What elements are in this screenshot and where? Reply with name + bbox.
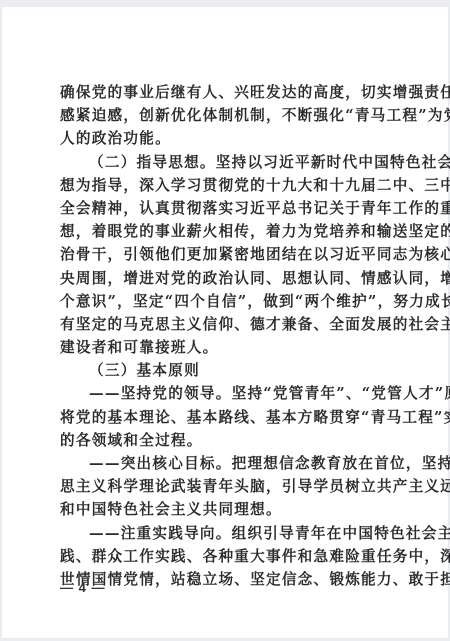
page-number: — 4 — bbox=[60, 580, 105, 595]
text-line: 将党的基本理论、基本路线、基本方略贯穿“青马工程”实施 bbox=[60, 406, 394, 429]
text-line: 建设者和可靠接班人。 bbox=[60, 336, 394, 359]
text-line: 治骨干，引领他们更加紧密地团结在以习近平同志为核心的党中 bbox=[60, 243, 394, 266]
text-line: 和中国特色社会主义共同理想。 bbox=[60, 498, 394, 521]
text-line: 践、群众工作实践、各种重大事件和急难险重任务中，深入了解 bbox=[60, 545, 394, 568]
text-line: 世情国情党情，站稳立场、坚定信念、锻炼能力、敢于担当，充 bbox=[60, 568, 394, 591]
text-line: 个意识”，坚定“四个自信”，做到“两个维护”，努力成长为具 bbox=[60, 290, 394, 313]
section-heading-guiding-thought: （二）指导思想。坚持以习近平新时代中国特色社会主义思 bbox=[60, 151, 394, 174]
text-line: 全会精神，认真贯彻落实习近平总书记关于青年工作的重要思 bbox=[60, 197, 394, 220]
principle-practice-orientation: ——注重实践导向。组织引导青年在中国特色社会主义实 bbox=[60, 522, 394, 545]
text-line: 人的政治功能。 bbox=[60, 127, 394, 150]
text-line: 想为指导，深入学习贯彻党的十九大和十九届二中、三中、四中 bbox=[60, 174, 394, 197]
page-body-text: 确保党的事业后继有人、兴旺发达的高度，切实增强责任感使命 感紧迫感，创新优化体制… bbox=[60, 81, 394, 591]
text-line: 想，着眼党的事业薪火相传，着力为党培养和输送坚定的青年政 bbox=[60, 220, 394, 243]
text-line: 思主义科学理论武装青年头脑，引导学员树立共产主义远大理想 bbox=[60, 475, 394, 498]
principle-party-leadership: ——坚持党的领导。坚持“党管青年”、“党管人才”原则， bbox=[60, 382, 394, 405]
text-line: 的各领域和全过程。 bbox=[60, 429, 394, 452]
text-line: 感紧迫感，创新优化体制机制，不断强化“青马工程”为党育 bbox=[60, 104, 394, 127]
section-heading-basic-principles: （三）基本原则 bbox=[60, 359, 394, 382]
document-viewer: 确保党的事业后继有人、兴旺发达的高度，切实增强责任感使命 感紧迫感，创新优化体制… bbox=[0, 0, 450, 641]
text-line: 有坚定的马克思主义信仰、德才兼备、全面发展的社会主义合格 bbox=[60, 313, 394, 336]
text-line: 确保党的事业后继有人、兴旺发达的高度，切实增强责任感使命 bbox=[60, 81, 394, 104]
principle-core-goal: ——突出核心目标。把理想信念教育放在首位，坚持用马克 bbox=[60, 452, 394, 475]
text-line: 央周围，增进对党的政治认同、思想认同、情感认同，增强“四 bbox=[60, 267, 394, 290]
